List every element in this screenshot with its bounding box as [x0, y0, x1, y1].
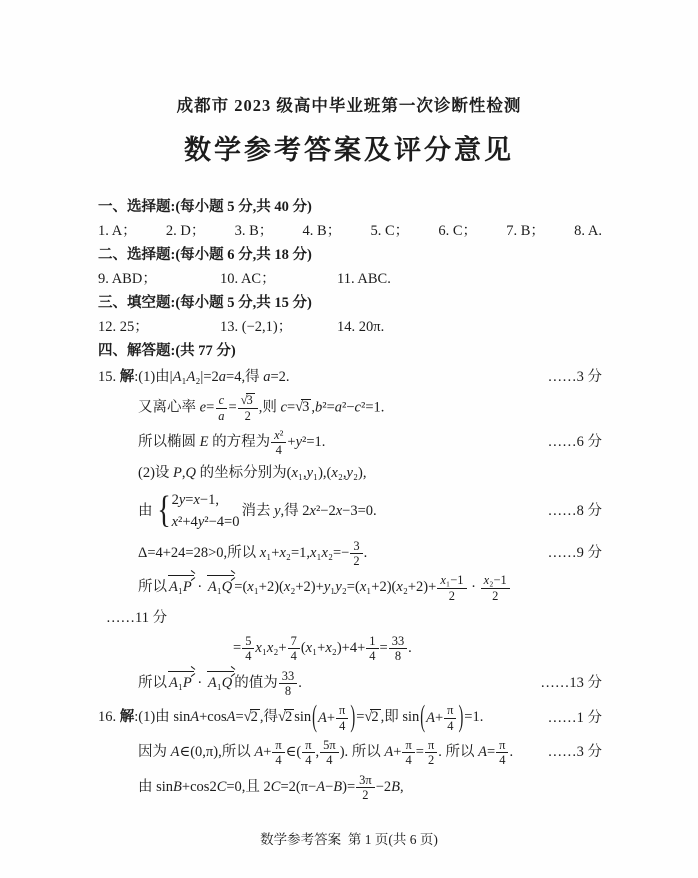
solution-line: Δ=4+24=28>0,所以 x₁+x₂=1,x₁x₂=−32.……9 分 — [98, 539, 602, 569]
solution-expression: 15. 解:(1)由|A₁A₂|=2a=4,得 a=2. — [98, 368, 290, 387]
solution-line: 15. 解:(1)由|A₁A₂|=2a=4,得 a=2.……3 分 — [98, 367, 602, 388]
solution-expression: 所以A₁P · A₁Q的值为338. — [138, 669, 302, 699]
solution-line: 16. 解:(1)由 sinA+cosA=√2,得√2sin(A+π4)=√2,… — [98, 703, 602, 733]
solution-line: =54x₁x₂+74(x₁+x₂)+4+14=338. — [98, 634, 602, 664]
solution-line: 由 sinB+cos2C=0,且 2C=2(π−A−B)=3π2−2B, — [98, 773, 602, 803]
solution-expression: 由{2y=x−1,x²+4y²−4=0消去 y,得 2x²−2x−3=0. — [138, 489, 377, 534]
score-marker: ……9 分 — [548, 544, 602, 563]
answer-item: 4. B； — [303, 222, 342, 241]
answer-row: 9. ABD；10. AC；11. ABC. — [98, 269, 602, 290]
score-marker: ……11 分 — [106, 609, 167, 628]
score-line: ……11 分 — [98, 608, 602, 629]
solution-line: 所以A₁P · A₁Q的值为338.……13 分 — [98, 669, 602, 699]
section-heading-text: 三、填空题:(每小题 5 分,共 15 分) — [98, 294, 312, 313]
answer-row: 12. 25；13. (−2,1)；14. 20π. — [98, 317, 602, 338]
answer-item: 1. A； — [98, 222, 137, 241]
score-marker: ……6 分 — [548, 433, 602, 452]
solution-line: (2)设 P,Q 的坐标分别为(x₁,y₁),(x₂,y₂), — [98, 463, 602, 484]
answer-item: 12. 25； — [98, 318, 220, 337]
answer-item: 13. (−2,1)； — [220, 318, 337, 337]
answer-item: 9. ABD； — [98, 270, 220, 289]
page-footer: 数学参考答案 第 1 页(共 6 页) — [0, 828, 698, 848]
answer-item: 3. B； — [235, 222, 274, 241]
solution-line: 又离心率 e=ca=√32,则 c=√3,b²=a²−c²=1. — [98, 393, 602, 423]
solution-line: 因为 A∈(0,π),所以 A+π4∈(π4,5π4). 所以 A+π4=π2.… — [98, 738, 602, 768]
answer-item: 6. C； — [438, 222, 477, 241]
solution-line: 所以A₁P · A₁Q=(x₁+2)(x₂+2)+y₁y₂=(x₁+2)(x₂+… — [98, 573, 602, 603]
answer-row: 1. A；2. D；3. B；4. B；5. C；6. C；7. B；8. A. — [98, 221, 602, 242]
solution-expression: 因为 A∈(0,π),所以 A+π4∈(π4,5π4). 所以 A+π4=π2.… — [138, 738, 513, 768]
doc-title: 数学参考答案及评分意见 — [0, 128, 698, 167]
score-marker: ……8 分 — [548, 502, 602, 521]
solution-expression: 又离心率 e=ca=√32,则 c=√3,b²=a²−c²=1. — [138, 393, 384, 423]
solution-line: 由{2y=x−1,x²+4y²−4=0消去 y,得 2x²−2x−3=0.……8… — [98, 489, 602, 534]
answer-item: 14. 20π. — [337, 318, 384, 337]
section-heading: 二、选择题:(每小题 6 分,共 18 分) — [98, 245, 602, 266]
solution-line: 所以椭圆 E 的方程为x²4+y²=1.……6 分 — [98, 428, 602, 458]
solution-expression: 所以椭圆 E 的方程为x²4+y²=1. — [138, 428, 325, 458]
answer-item: 8. A. — [574, 222, 602, 241]
solution-expression: 由 sinB+cos2C=0,且 2C=2(π−A−B)=3π2−2B, — [138, 773, 404, 803]
answer-item: 10. AC； — [220, 270, 337, 289]
section-heading: 三、填空题:(每小题 5 分,共 15 分) — [98, 293, 602, 314]
solution-expression: (2)设 P,Q 的坐标分别为(x₁,y₁),(x₂,y₂), — [138, 464, 366, 483]
solution-expression: Δ=4+24=28>0,所以 x₁+x₂=1,x₁x₂=−32. — [138, 539, 367, 569]
score-marker: ……13 分 — [540, 674, 602, 693]
doc-body: 一、选择题:(每小题 5 分,共 40 分)1. A；2. D；3. B；4. … — [98, 197, 602, 802]
doc-header: 成都市 2023 级高中毕业班第一次诊断性检测 — [0, 92, 698, 116]
section-heading-text: 四、解答题:(共 77 分) — [98, 342, 236, 361]
section-heading: 四、解答题:(共 77 分) — [98, 341, 602, 362]
section-heading-text: 一、选择题:(每小题 5 分,共 40 分) — [98, 198, 312, 217]
section-heading: 一、选择题:(每小题 5 分,共 40 分) — [98, 197, 602, 218]
answer-item: 2. D； — [166, 222, 205, 241]
answer-item: 7. B； — [506, 222, 545, 241]
score-marker: ……3 分 — [548, 743, 602, 762]
answer-item: 5. C； — [370, 222, 409, 241]
answer-item: 11. ABC. — [337, 270, 391, 289]
score-marker: ……3 分 — [548, 368, 602, 387]
solution-expression: =54x₁x₂+74(x₁+x₂)+4+14=338. — [233, 634, 412, 664]
solution-expression: 所以A₁P · A₁Q=(x₁+2)(x₂+2)+y₁y₂=(x₁+2)(x₂+… — [138, 573, 511, 603]
section-heading-text: 二、选择题:(每小题 6 分,共 18 分) — [98, 246, 312, 265]
score-marker: ……1 分 — [548, 709, 602, 728]
document-page: 成都市 2023 级高中毕业班第一次诊断性检测 数学参考答案及评分意见 一、选择… — [0, 0, 698, 878]
solution-expression: 16. 解:(1)由 sinA+cosA=√2,得√2sin(A+π4)=√2,… — [98, 703, 483, 733]
